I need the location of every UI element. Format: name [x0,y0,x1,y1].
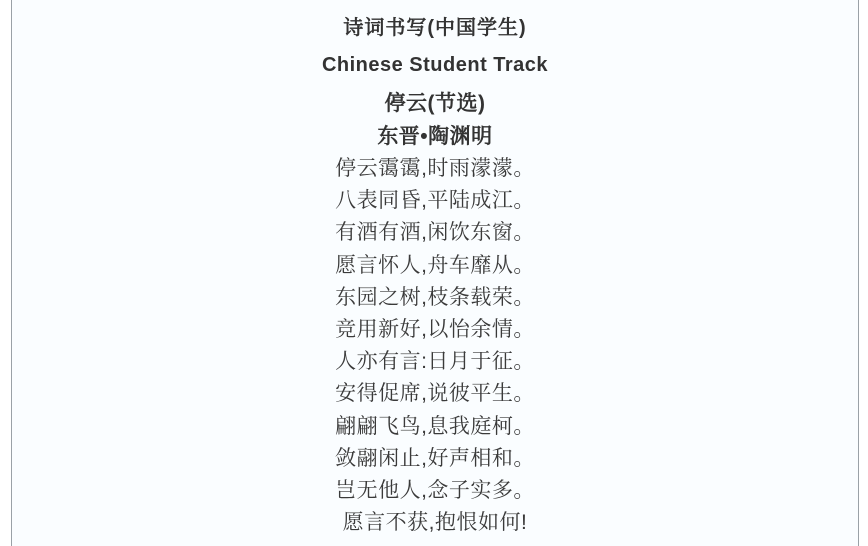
track-title-cn: 诗词书写(中国学生) [12,10,858,47]
poem-line: 岂无他人,念子实多。 [12,475,858,507]
poem-body: 停云霭霭,时雨濛濛。 八表同昏,平陆成江。 有酒有酒,闲饮东窗。 愿言怀人,舟车… [12,153,858,539]
poem-sheet: 诗词书写(中国学生) Chinese Student Track 停云(节选) … [11,0,859,546]
poem-line: 有酒有酒,闲饮东窗。 [12,217,858,249]
poem-title-block: 停云(节选) 东晋•陶渊明 [12,87,858,153]
poem-line: 八表同昏,平陆成江。 [12,185,858,217]
track-title-en: Chinese Student Track [12,47,858,84]
poem-line: 停云霭霭,时雨濛濛。 [12,153,858,185]
poem-line: 竞用新好,以怡余情。 [12,314,858,346]
track-header: 诗词书写(中国学生) Chinese Student Track [12,10,858,84]
poem-line: 东园之树,枝条载荣。 [12,282,858,314]
poem-title: 停云(节选) [12,87,858,120]
poem-line: 人亦有言:日月于征。 [12,346,858,378]
poem-line: 安得促席,说彼平生。 [12,378,858,410]
poem-line: 敛翮闲止,好声相和。 [12,443,858,475]
poem-line: 愿言怀人,舟车靡从。 [12,250,858,282]
poem-line: 愿言不获,抱恨如何! [12,507,858,539]
poem-author: 东晋•陶渊明 [12,120,858,153]
poem-line: 翩翩飞鸟,息我庭柯。 [12,411,858,443]
